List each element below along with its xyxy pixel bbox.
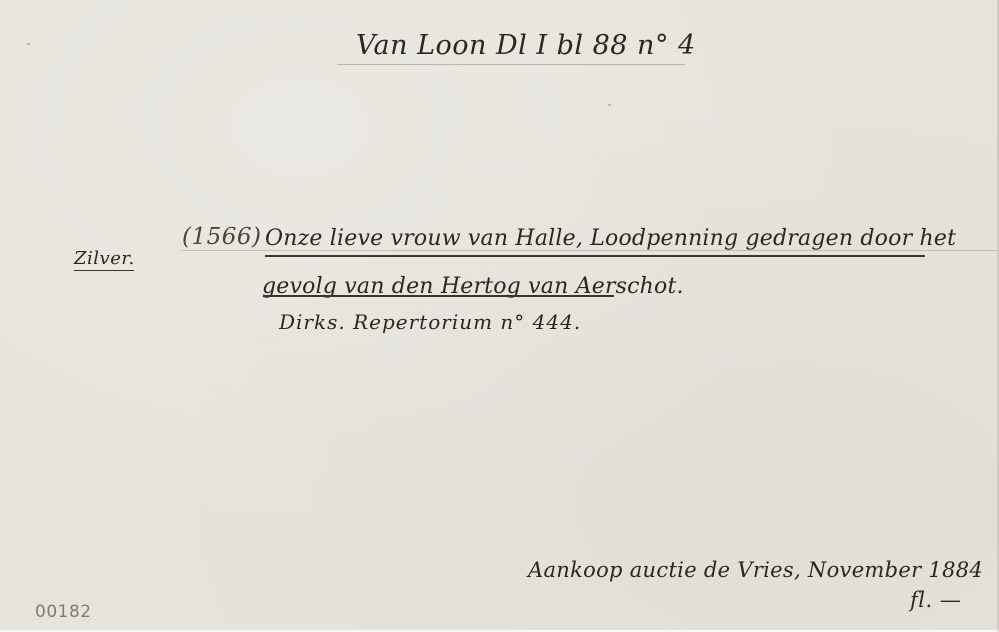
paper-speck [608,104,611,106]
paper-speck [27,43,30,45]
header-reference: Van Loon Dl I bl 88 n° 4 [356,30,696,61]
entry-reference: Dirks. Repertorium n° 444. [279,310,581,334]
acquisition-price: fl. — [910,588,961,612]
header-rule [337,64,685,65]
index-card: Van Loon Dl I bl 88 n° 4 Zilver. (1566) … [0,0,999,632]
title-line2-underline [264,295,614,297]
acquisition-note: Aankoop auctie de Vries, November 1884 [528,558,983,582]
entry-year: (1566) [182,224,261,250]
title-line1-underline [265,255,925,257]
catalogue-number: 00182 [35,602,92,622]
entry-title-line1: Onze lieve vrouw van Halle, Loodpenning … [265,226,956,251]
metal-label: Zilver. [74,248,135,269]
metal-label-underline [74,270,134,271]
